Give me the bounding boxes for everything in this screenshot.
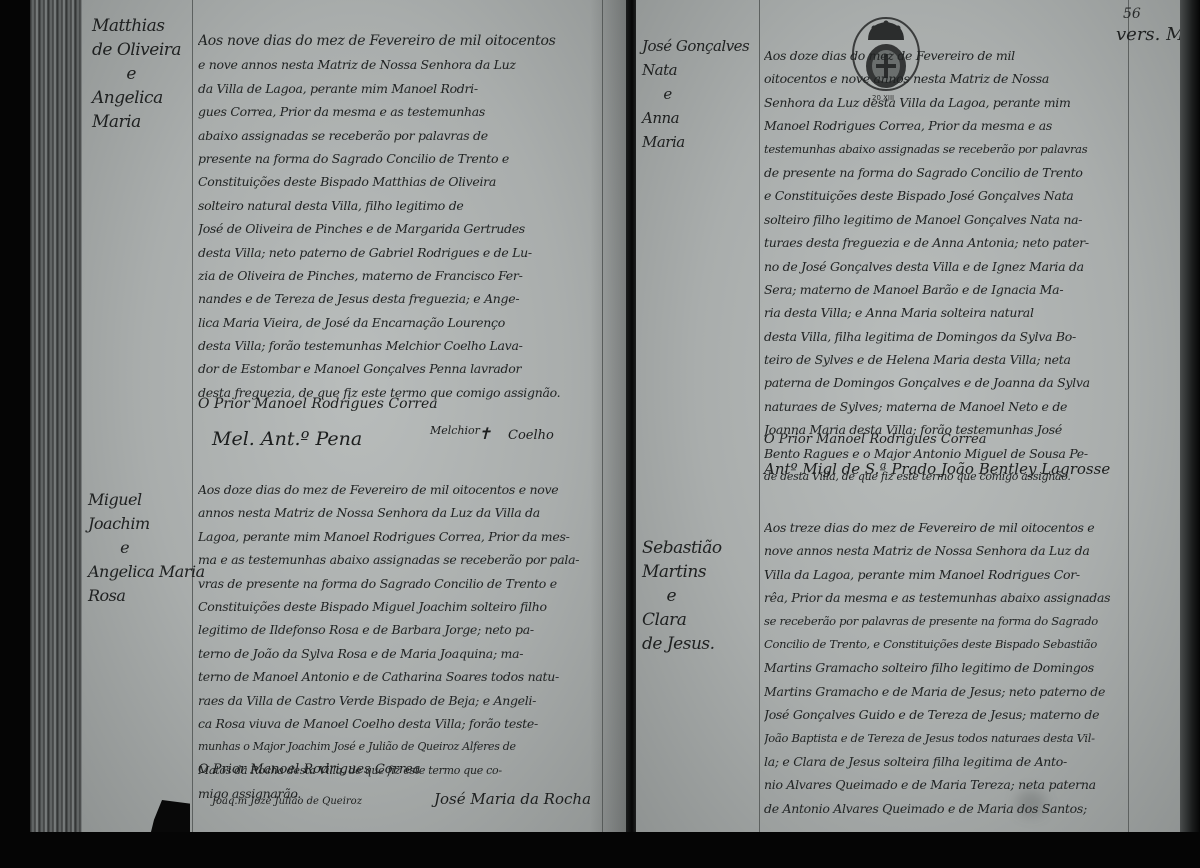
entry-text: Aos doze dias do mez de Fevereiro de mil… — [764, 44, 1129, 488]
text-line: dor de Estombar e Manoel Gonçalves Penna… — [198, 357, 603, 380]
witness-signature: Mel. Ant.º Pena — [212, 428, 362, 450]
text-line: José de Oliveira de Pinches e de Margari… — [198, 217, 603, 240]
text-line: Martins Gramacho e de Maria de Jesus; ne… — [764, 680, 1129, 703]
text-line: se receberão por palavras de presente na… — [764, 610, 1129, 633]
witness-signature: Joaq.m Jozé Julião de Queiroz — [212, 796, 362, 807]
right-page: 56 vers. M 20 XIII José Gonçalves Nata e… — [636, 0, 1186, 836]
entry-margin-name: Sebastião Martins e Clara de Jesus. — [642, 536, 722, 656]
text-line: testemunhas abaixo assignadas se receber… — [764, 138, 1129, 161]
text-line: legitimo de Ildefonso Rosa e de Barbara … — [198, 618, 603, 641]
margin-rule — [759, 0, 760, 836]
text-line: annos nesta Matriz de Nossa Senhora da L… — [198, 501, 603, 524]
margin-rule — [192, 0, 193, 836]
text-line: da Villa de Lagoa, perante mim Manoel Ro… — [198, 77, 603, 100]
text-line: nove annos nesta Matriz de Nossa Senhora… — [764, 539, 1129, 562]
witness-signature: Antº Migl de S.ª Prado João Bentley Lagr… — [764, 460, 1110, 478]
entry-text: Aos nove dias do mez de Fevereiro de mil… — [198, 30, 603, 404]
text-line: ma e as testemunhas abaixo assignadas se… — [198, 548, 603, 571]
text-line: nio Alvares Queimado e de Maria Tereza; … — [764, 773, 1129, 796]
left-page: Matthias de Oliveira e Angelica Maria Ao… — [82, 0, 630, 836]
right-margin-rule — [602, 0, 603, 836]
book-page-stack-edge — [30, 0, 84, 836]
bottom-background — [0, 832, 1200, 868]
prior-signature: O Prior Manoel Rodrigues Correa — [764, 432, 986, 447]
text-line: de presente na forma do Sagrado Concilio… — [764, 161, 1129, 184]
entry-text: Aos doze dias do mez de Fevereiro de mil… — [198, 478, 603, 805]
entry-margin-name: Matthias de Oliveira e Angelica Maria — [92, 14, 181, 134]
text-line: Manoel Rodrigues Correa, Prior da mesma … — [764, 114, 1129, 137]
text-line: naturaes de Sylves; materna de Manoel Ne… — [764, 395, 1129, 418]
text-line: desta Villa; forão testemunhas Melchior … — [198, 334, 603, 357]
text-line: Sera; materno de Manoel Barão e de Ignac… — [764, 278, 1129, 301]
text-line: la; e Clara de Jesus solteira filha legi… — [764, 750, 1129, 773]
prior-signature: O Prior Manoel Rodrigues Correa — [198, 396, 438, 412]
text-line: Constituições deste Bispado Miguel Joach… — [198, 595, 603, 618]
text-line: turaes desta freguezia e de Anna Antonia… — [764, 231, 1129, 254]
page-mark: vers. M — [1116, 24, 1185, 45]
text-line: vras de presente na forma do Sagrado Con… — [198, 572, 603, 595]
text-line: Aos nove dias do mez de Fevereiro de mil… — [198, 30, 603, 53]
text-line: oitocentos e nove annos nesta Matriz de … — [764, 67, 1129, 90]
entry-margin-name: Miguel Joachim e Angelica Maria Rosa — [88, 488, 205, 608]
text-line: desta Villa, filha legitima de Domingos … — [764, 325, 1129, 348]
text-line: desta Villa; neto paterno de Gabriel Rod… — [198, 241, 603, 264]
text-line: Aos treze dias do mez de Fevereiro de mi… — [764, 516, 1129, 539]
text-line: no de José Gonçalves desta Villa e de Ig… — [764, 255, 1129, 278]
text-line: munhas o Major Joachim José e Julião de … — [198, 735, 603, 758]
text-line: gues Correa, Prior da mesma e as testemu… — [198, 100, 603, 123]
text-line: solteiro filho legitimo de Manoel Gonçal… — [764, 208, 1129, 231]
text-line: presente na forma do Sagrado Concilio de… — [198, 147, 603, 170]
text-line: Martins Gramacho solteiro filho legitimo… — [764, 656, 1129, 679]
text-line: Aos doze dias do mez de Fevereiro de mil — [764, 44, 1129, 67]
prior-signature: O Prior Manoel Rodrigues Correa — [198, 762, 420, 777]
text-line: rêa, Prior da mesma e as testemunhas aba… — [764, 586, 1129, 609]
text-line: terno de João da Sylva Rosa e de Maria J… — [198, 642, 603, 665]
text-line: solteiro natural desta Villa, filho legi… — [198, 194, 603, 217]
text-line: e nove annos nesta Matriz de Nossa Senho… — [198, 53, 603, 76]
cross-mark: ✝ — [478, 424, 491, 443]
page-number: 56 — [1123, 6, 1141, 22]
text-line: Concilio de Trento, e Constituições dest… — [764, 633, 1129, 656]
text-line: Constituições deste Bispado Matthias de … — [198, 170, 603, 193]
entry-margin-name: José Gonçalves Nata e Anna Maria — [642, 34, 749, 154]
text-line: ria desta Villa; e Anna Maria solteira n… — [764, 301, 1129, 324]
text-line: teiro de Sylves e de Helena Maria desta … — [764, 348, 1129, 371]
witness-signature: Melchior — [430, 424, 480, 437]
text-line: nandes e de Tereza de Jesus desta fregue… — [198, 287, 603, 310]
book-right-edge — [1180, 0, 1200, 832]
text-line: abaixo assignadas se receberão por palav… — [198, 124, 603, 147]
text-line: lica Maria Vieira, de José da Encarnação… — [198, 311, 603, 334]
ink-stain — [1016, 790, 1046, 816]
text-line: ca Rosa viuva de Manoel Coelho desta Vil… — [198, 712, 603, 735]
text-line: Aos doze dias do mez de Fevereiro de mil… — [198, 478, 603, 501]
text-line: Senhora da Luz desta Villa da Lagoa, per… — [764, 91, 1129, 114]
text-line: Lagoa, perante mim Manoel Rodrigues Corr… — [198, 525, 603, 548]
text-line: terno de Manoel Antonio e de Catharina S… — [198, 665, 603, 688]
text-line: e Constituições deste Bispado José Gonça… — [764, 184, 1129, 207]
text-line: José Gonçalves Guido e de Tereza de Jesu… — [764, 703, 1129, 726]
entry-text: Aos treze dias do mez de Fevereiro de mi… — [764, 516, 1129, 820]
witness-signature: Coelho — [508, 428, 554, 443]
text-line: João Baptista e de Tereza de Jesus todos… — [764, 727, 1129, 750]
text-line: raes da Villa de Castro Verde Bispado de… — [198, 689, 603, 712]
text-line: de Antonio Alvares Queimado e de Maria d… — [764, 797, 1129, 820]
text-line: zia de Oliveira de Pinches, materno de F… — [198, 264, 603, 287]
witness-signature: José Maria da Rocha — [434, 790, 591, 808]
text-line: Villa da Lagoa, perante mim Manoel Rodri… — [764, 563, 1129, 586]
text-line: paterna de Domingos Gonçalves e de Joann… — [764, 371, 1129, 394]
